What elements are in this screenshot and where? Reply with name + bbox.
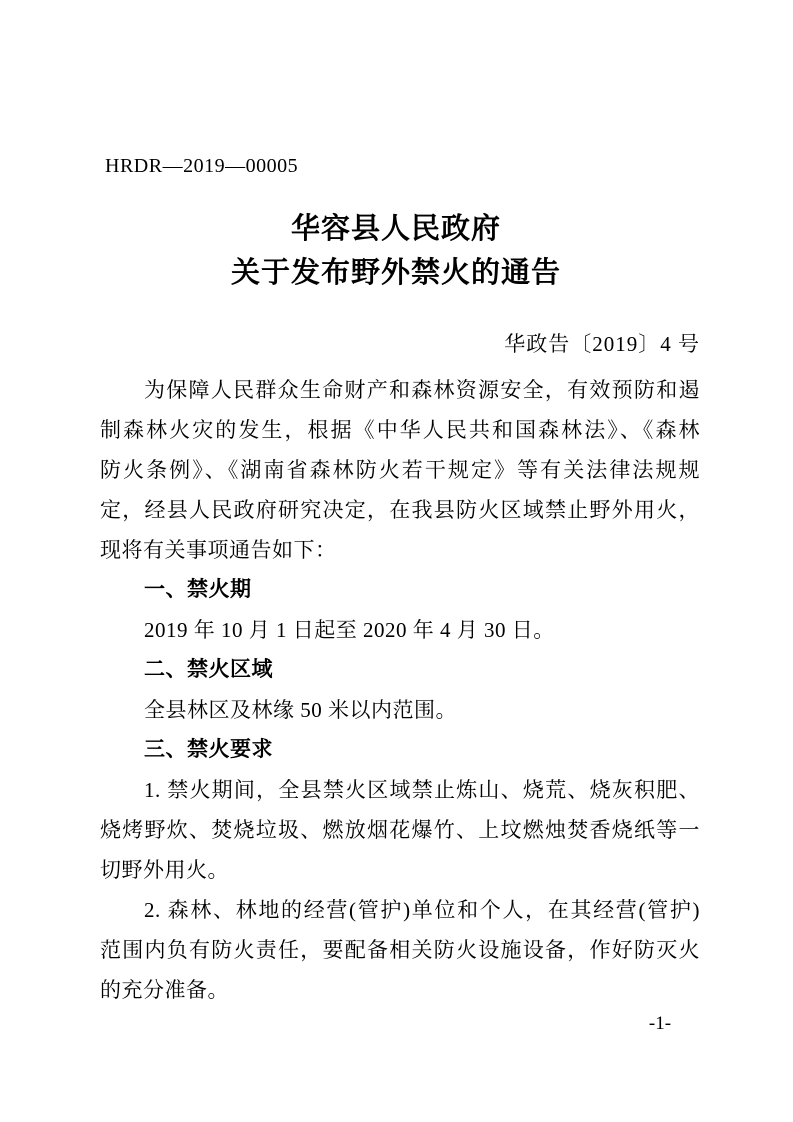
body-line: 切野外用火。 (100, 850, 700, 890)
document-title: 华容县人民政府 关于发布野外禁火的通告 (96, 207, 696, 295)
body-line: 2. 森林、林地的经营(管护)单位和个人，在其经营(管护) (100, 890, 700, 930)
body-line: 的充分准备。 (100, 970, 700, 1010)
document-number: HRDR—2019—00005 (105, 152, 298, 180)
document-title-line1: 华容县人民政府 (96, 207, 696, 251)
document-reference-number: 华政告〔2019〕4 号 (100, 330, 700, 358)
body-line: 全县林区及林缘 50 米以内范围。 (100, 690, 700, 730)
body-line: 防火条例》、《湖南省森林防火若干规定》等有关法律法规规 (100, 450, 700, 490)
document-title-line2: 关于发布野外禁火的通告 (96, 251, 696, 295)
body-line: 为保障人民群众生命财产和森林资源安全，有效预防和遏 (100, 370, 700, 410)
document-body: 为保障人民群众生命财产和森林资源安全，有效预防和遏制森林火灾的发生，根据《中华人… (100, 370, 700, 1010)
body-line: 2019 年 10 月 1 日起至 2020 年 4 月 30 日。 (100, 610, 700, 650)
body-line: 定，经县人民政府研究决定，在我县防火区域禁止野外用火， (100, 490, 700, 530)
section-heading-line: 三、禁火要求 (100, 730, 700, 770)
document-page: HRDR—2019—00005 华容县人民政府 关于发布野外禁火的通告 华政告〔… (0, 0, 793, 1122)
body-line: 1. 禁火期间，全县禁火区域禁止炼山、烧荒、烧灰积肥、 (100, 770, 700, 810)
page-number: -1- (600, 1010, 720, 1038)
section-heading-line: 一、禁火期 (100, 570, 700, 610)
body-line: 制森林火灾的发生，根据《中华人民共和国森林法》、《森林 (100, 410, 700, 450)
section-heading-line: 二、禁火区域 (100, 650, 700, 690)
body-line: 现将有关事项通告如下： (100, 530, 700, 570)
body-line: 烧烤野炊、焚烧垃圾、燃放烟花爆竹、上坟燃烛焚香烧纸等一 (100, 810, 700, 850)
body-line: 范围内负有防火责任，要配备相关防火设施设备，作好防灭火 (100, 930, 700, 970)
